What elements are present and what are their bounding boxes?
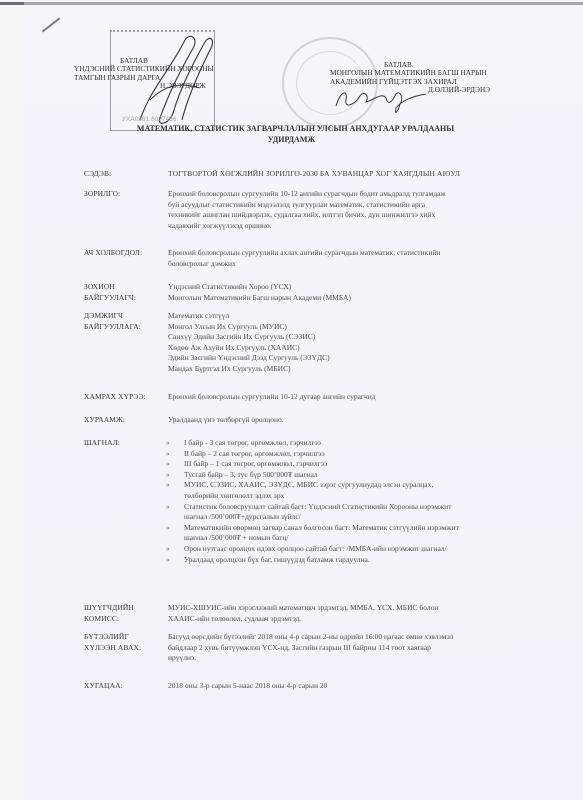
submission-label: БҮТЭЭЛИЙГ ХҮЛЭЭН АВАХ: [84, 632, 169, 653]
prize-text: МУИС, СЭЗИС, ХААИС, ЭЗҮДС, МБИС зэрэг су… [184, 480, 549, 491]
approval-block-right: БАТЛАВ. МОНГОЛЫН МАТЕМАТИКИЙН БАГШ НАРЫН… [330, 61, 530, 95]
goal-line: буй асуудлыг статистикийн мэдээлэлд тулг… [168, 200, 553, 211]
importance-value: Ерөнхий боловсролын сургуулийн ахлах анг… [168, 248, 553, 269]
prize-item: Уралдаад оролцсон бүх баг, гишүүдэд батл… [164, 555, 549, 566]
prize-text: төлбөрийн хөнгөлөлт эдлэх эрх [184, 491, 549, 502]
prize-item: II байр – 2 сая төгрөг, өргөмжлөл, гэрчи… [164, 449, 549, 460]
organizers-label: ЗОХИОН БАЙГУУЛАГЧ: [84, 282, 169, 303]
supporter-item: Монгол Улсын Их Сургууль (МУИС) [168, 322, 553, 333]
goal-value: Ерөнхий боловсролын сургуулийн 10-12 анг… [168, 189, 553, 231]
jury-label-line: ШҮҮГЧДИЙН [84, 603, 169, 614]
prize-list: I байр - 3 сая төгрөг, өргөмжлөл, гэрчил… [164, 438, 549, 565]
prize-item: Статистик боловсруулалт сайтай багт: Үнд… [164, 502, 549, 523]
jury-label-line: КОМИСС: [84, 614, 169, 625]
prize-text: I байр - 3 сая төгрөг, өргөмжлөл, гэрчил… [184, 438, 549, 449]
scope-label: ХАМРАХ ХҮРЭЭ: [84, 392, 169, 403]
jury-line: МУИС-ХШУИС-ийн хэрэглээний математикч эр… [168, 603, 553, 614]
approval-right-signer: Д.ӨЛЗИЙ-ЭРДЭНЭ [330, 86, 530, 94]
jury-value: МУИС-ХШУИС-ийн хэрэглээний математикч эр… [168, 603, 553, 624]
prizes-label: ШАГНАЛ: [84, 438, 169, 449]
submission-value: Багууд өөрсдийн бүтээлийг 2018 оны 4-р с… [168, 632, 553, 664]
subject-label: СЭДЭВ: [84, 169, 169, 180]
prize-item: Математикийн өвөрмөц загвар санал болгос… [164, 523, 549, 544]
organizers-label-line: БАЙГУУЛАГЧ: [84, 293, 169, 304]
supporter-item: Мандах Бүртгэл Их Сургууль (МБИС) [168, 364, 553, 375]
document-title: МАТЕМАТИК, СТАТИСТИК ЗАГВАРЧЛАЛЫН УЛСЫН … [0, 123, 583, 145]
prize-item: III байр – 1 сая төгрөг, өргөмжлөл, гэрч… [164, 459, 549, 470]
fee-value: Уралдаанд үнэ төлбөргүй оролцоно. [168, 415, 553, 426]
scan-top-edge [0, 2, 583, 5]
goal-line: техникийг ашиглан шийдвэрлэх, судалгаа х… [168, 210, 553, 221]
supporters-label: ДЭМЖИГЧ БАЙГУУЛЛАГА: [84, 311, 169, 332]
submission-label-line: БҮТЭЭЛИЙГ [84, 632, 169, 643]
submission-line: байдлаар 2 хувь битүүмжлэн ҮСХ-нд, Засги… [168, 643, 553, 654]
fee-label: ХУРААМЖ: [84, 415, 169, 426]
organizer-item: Монголын Математикийн Багш нарын Академи… [168, 293, 553, 304]
scope-value: Ерөнхий боловсролын сургуулийн 10-12 дуг… [168, 392, 553, 403]
prizes-value: I байр - 3 сая төгрөг, өргөмжлөл, гэрчил… [164, 438, 549, 565]
jury-label: ШҮҮГЧДИЙН КОМИСС: [84, 603, 169, 624]
prize-text: Тусгай байр – 3, тус бүр 500’000₮ шагнал [184, 470, 549, 481]
prize-text: Уралдаад оролцсон бүх баг, гишүүдэд батл… [184, 555, 549, 566]
deadline-label: ХУГАЦАА: [84, 681, 169, 692]
prize-item: Орон нутгаас оролцох идэвх оролцоо сайта… [164, 544, 549, 555]
supporter-item: Эдийн Засгийн Үндэсний Дээд Сургууль (ЭЗ… [168, 353, 553, 364]
supporters-label-line: БАЙГУУЛЛАГА: [84, 322, 169, 333]
prize-text: III байр – 1 сая төгрөг, өргөмжлөл, гэрч… [184, 459, 549, 470]
supporters-label-line: ДЭМЖИГЧ [84, 311, 169, 322]
supporter-item: Хөдөө Аж Ахуйн Их Сургууль (ХААИС) [168, 343, 553, 354]
organizers-label-line: ЗОХИОН [84, 282, 169, 293]
submission-line: Багууд өөрсдийн бүтээлийг 2018 оны 4-р с… [168, 632, 553, 643]
submission-label-line: ХҮЛЭЭН АВАХ: [84, 643, 169, 654]
jury-line: ХААИС-ийн төлөөлөл, судлаач эрдэмтэд. [168, 614, 553, 625]
prize-text: Орон нутгаас оролцох идэвх оролцоо сайта… [184, 544, 549, 555]
supporter-item: Санхүү Эдийн Засгийн Их Сургууль (СЭЗИС) [168, 332, 553, 343]
importance-line: Ерөнхий боловсролын сургуулийн ахлах анг… [168, 248, 553, 259]
organizers-value: Үндэсний Статистикийн Хороо (ҮСХ) Монгол… [168, 282, 553, 303]
importance-label: АЧ ХОЛБОГДОЛ: [84, 248, 169, 259]
prize-text: Статистик боловсруулалт сайтай багт: Үнд… [184, 502, 549, 513]
approval-block-left: БАТЛАВ ҮНДЭСНИЙ СТАТИСТИКИЙН ХОРООНЫ ТАМ… [74, 57, 234, 91]
prize-text: Математикийн өвөрмөц загвар санал болгос… [184, 523, 549, 534]
subject-value: ТОГТВОРТОЙ ХӨГЖЛИЙН ЗОРИЛГО-2030 БА ХУВА… [168, 169, 553, 180]
prize-item: Тусгай байр – 3, тус бүр 500’000₮ шагнал [164, 470, 549, 481]
prize-text: шагнал /500’000₮ + номын багц/ [184, 533, 549, 544]
prize-text: шагнал /500’000₮+дурсгалын зүйлс/ [184, 512, 549, 523]
prize-item: I байр - 3 сая төгрөг, өргөмжлөл, гэрчил… [164, 438, 549, 449]
title-line-1: МАТЕМАТИК, СТАТИСТИК ЗАГВАРЧЛАЛЫН УЛСЫН … [0, 123, 583, 134]
approval-left-line: ТАМГЫН ГАЗРЫН ДАРГА [74, 74, 234, 82]
supporter-item: Математик сэтгүүл [168, 311, 553, 322]
goal-label: ЗОРИЛГО: [84, 189, 169, 200]
submission-line: ирүүлнэ. [168, 653, 553, 664]
deadline-value: 2018 оны 3-р сарын 5-наас 2018 оны 4-р с… [168, 681, 553, 692]
goal-line: чадавхийг хөгжүүлэхэд оршино. [168, 221, 553, 232]
prize-text: II байр – 2 сая төгрөг, өргөмжлөл, гэрчи… [184, 449, 549, 460]
prize-item: МУИС, СЭЗИС, ХААИС, ЭЗҮДС, МБИС зэрэг су… [164, 480, 549, 501]
importance-line: боловсролыг дэмжих [168, 259, 553, 270]
supporters-value: Математик сэтгүүл Монгол Улсын Их Сургуу… [168, 311, 553, 375]
document-page: БАТЛАВ ҮНДЭСНИЙ СТАТИСТИКИЙН ХОРООНЫ ТАМ… [0, 0, 583, 800]
goal-line: Ерөнхий боловсролын сургуулийн 10-12 анг… [168, 189, 553, 200]
organizer-item: Үндэсний Статистикийн Хороо (ҮСХ) [168, 282, 553, 293]
pen-mark [42, 17, 61, 32]
title-line-2: УДИРДАМЖ [0, 134, 583, 145]
approval-left-signer: Н.ЭВЭГДОРЖ [74, 82, 234, 90]
